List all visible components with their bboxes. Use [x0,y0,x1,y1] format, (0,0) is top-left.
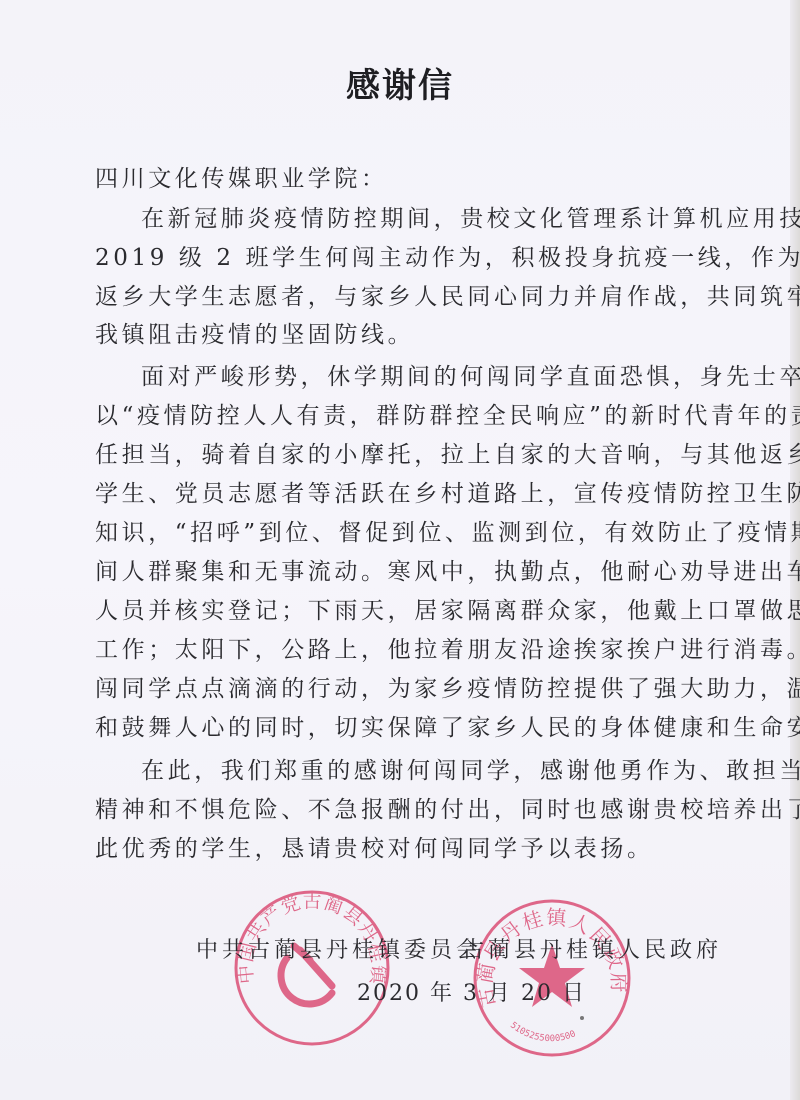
svg-text:5105255000500: 5105255000500 [508,1021,577,1045]
paragraph-2-line-6: 间人群聚集和无事流动。寒风中，执勤点，他耐心劝导进出车辆 [95,557,725,587]
paragraph-1-line-2: 2019 级 2 班学生何闯主动作为，积极投身抗疫一线，作为一名 [95,243,725,273]
paragraph-1-line-4: 我镇阻击疫情的坚固防线。 [95,320,725,350]
seal-code: 5105255000500 [508,1021,577,1045]
paragraph-2-line-9: 闯同学点点滴滴的行动，为家乡疫情防控提供了强大助力，温暖 [95,674,725,704]
paragraph-2-line-10: 和鼓舞人心的同时，切实保障了家乡人民的身体健康和生命安全。 [95,713,725,743]
paragraph-3-line-3: 此优秀的学生，恳请贵校对何闯同学予以表扬。 [95,834,725,864]
signature-government: 古蔺县丹桂镇人民政府 [462,933,722,964]
paragraph-2-line-8: 工作；太阳下，公路上，他拉着朋友沿途挨家挨户进行消毒。何 [95,635,725,665]
paragraph-1-line-3: 返乡大学生志愿者，与家乡人民同心同力并肩作战，共同筑牢了 [95,282,725,312]
party-committee-seal: 中国共产党古蔺县丹桂镇委员会 [232,888,392,1048]
paragraph-2-line-1: 面对严峻形势，休学期间的何闯同学直面恐惧，身先士卒， [141,362,771,392]
paragraph-3-line-2: 精神和不惧危险、不急报酬的付出，同时也感谢贵校培养出了如 [95,795,725,825]
paragraph-2-line-2: 以“疫情防控人人有责，群防群控全民响应”的新时代青年的责 [95,401,725,431]
paragraph-1-line-1: 在新冠肺炎疫情防控期间，贵校文化管理系计算机应用技术 [141,204,771,234]
letter-page: 感谢信 四川文化传媒职业学院： 在新冠肺炎疫情防控期间，贵校文化管理系计算机应用… [0,0,800,1100]
paragraph-2-line-7: 人员并核实登记；下雨天，居家隔离群众家，他戴上口罩做思想 [95,596,725,626]
paragraph-2-line-3: 任担当，骑着自家的小摩托，拉上自家的大音响，与其他返乡大 [95,440,725,470]
salutation: 四川文化传媒职业学院： [95,164,725,194]
page-edge-shadow [790,0,800,1100]
paragraph-2-line-5: 知识，“招呼”到位、督促到位、监测到位，有效防止了疫情期 [95,518,725,548]
paragraph-3-line-1: 在此，我们郑重的感谢何闯同学，感谢他勇作为、敢担当的 [141,756,771,786]
letter-date: 2020 年 3 月 20 日 [357,976,586,1007]
letter-title: 感谢信 [0,58,800,107]
paragraph-2-line-4: 学生、党员志愿者等活跃在乡村道路上，宣传疫情防控卫生防疫 [95,479,725,509]
signature-party-committee: 中共古蔺县丹桂镇委员会 [196,933,482,964]
